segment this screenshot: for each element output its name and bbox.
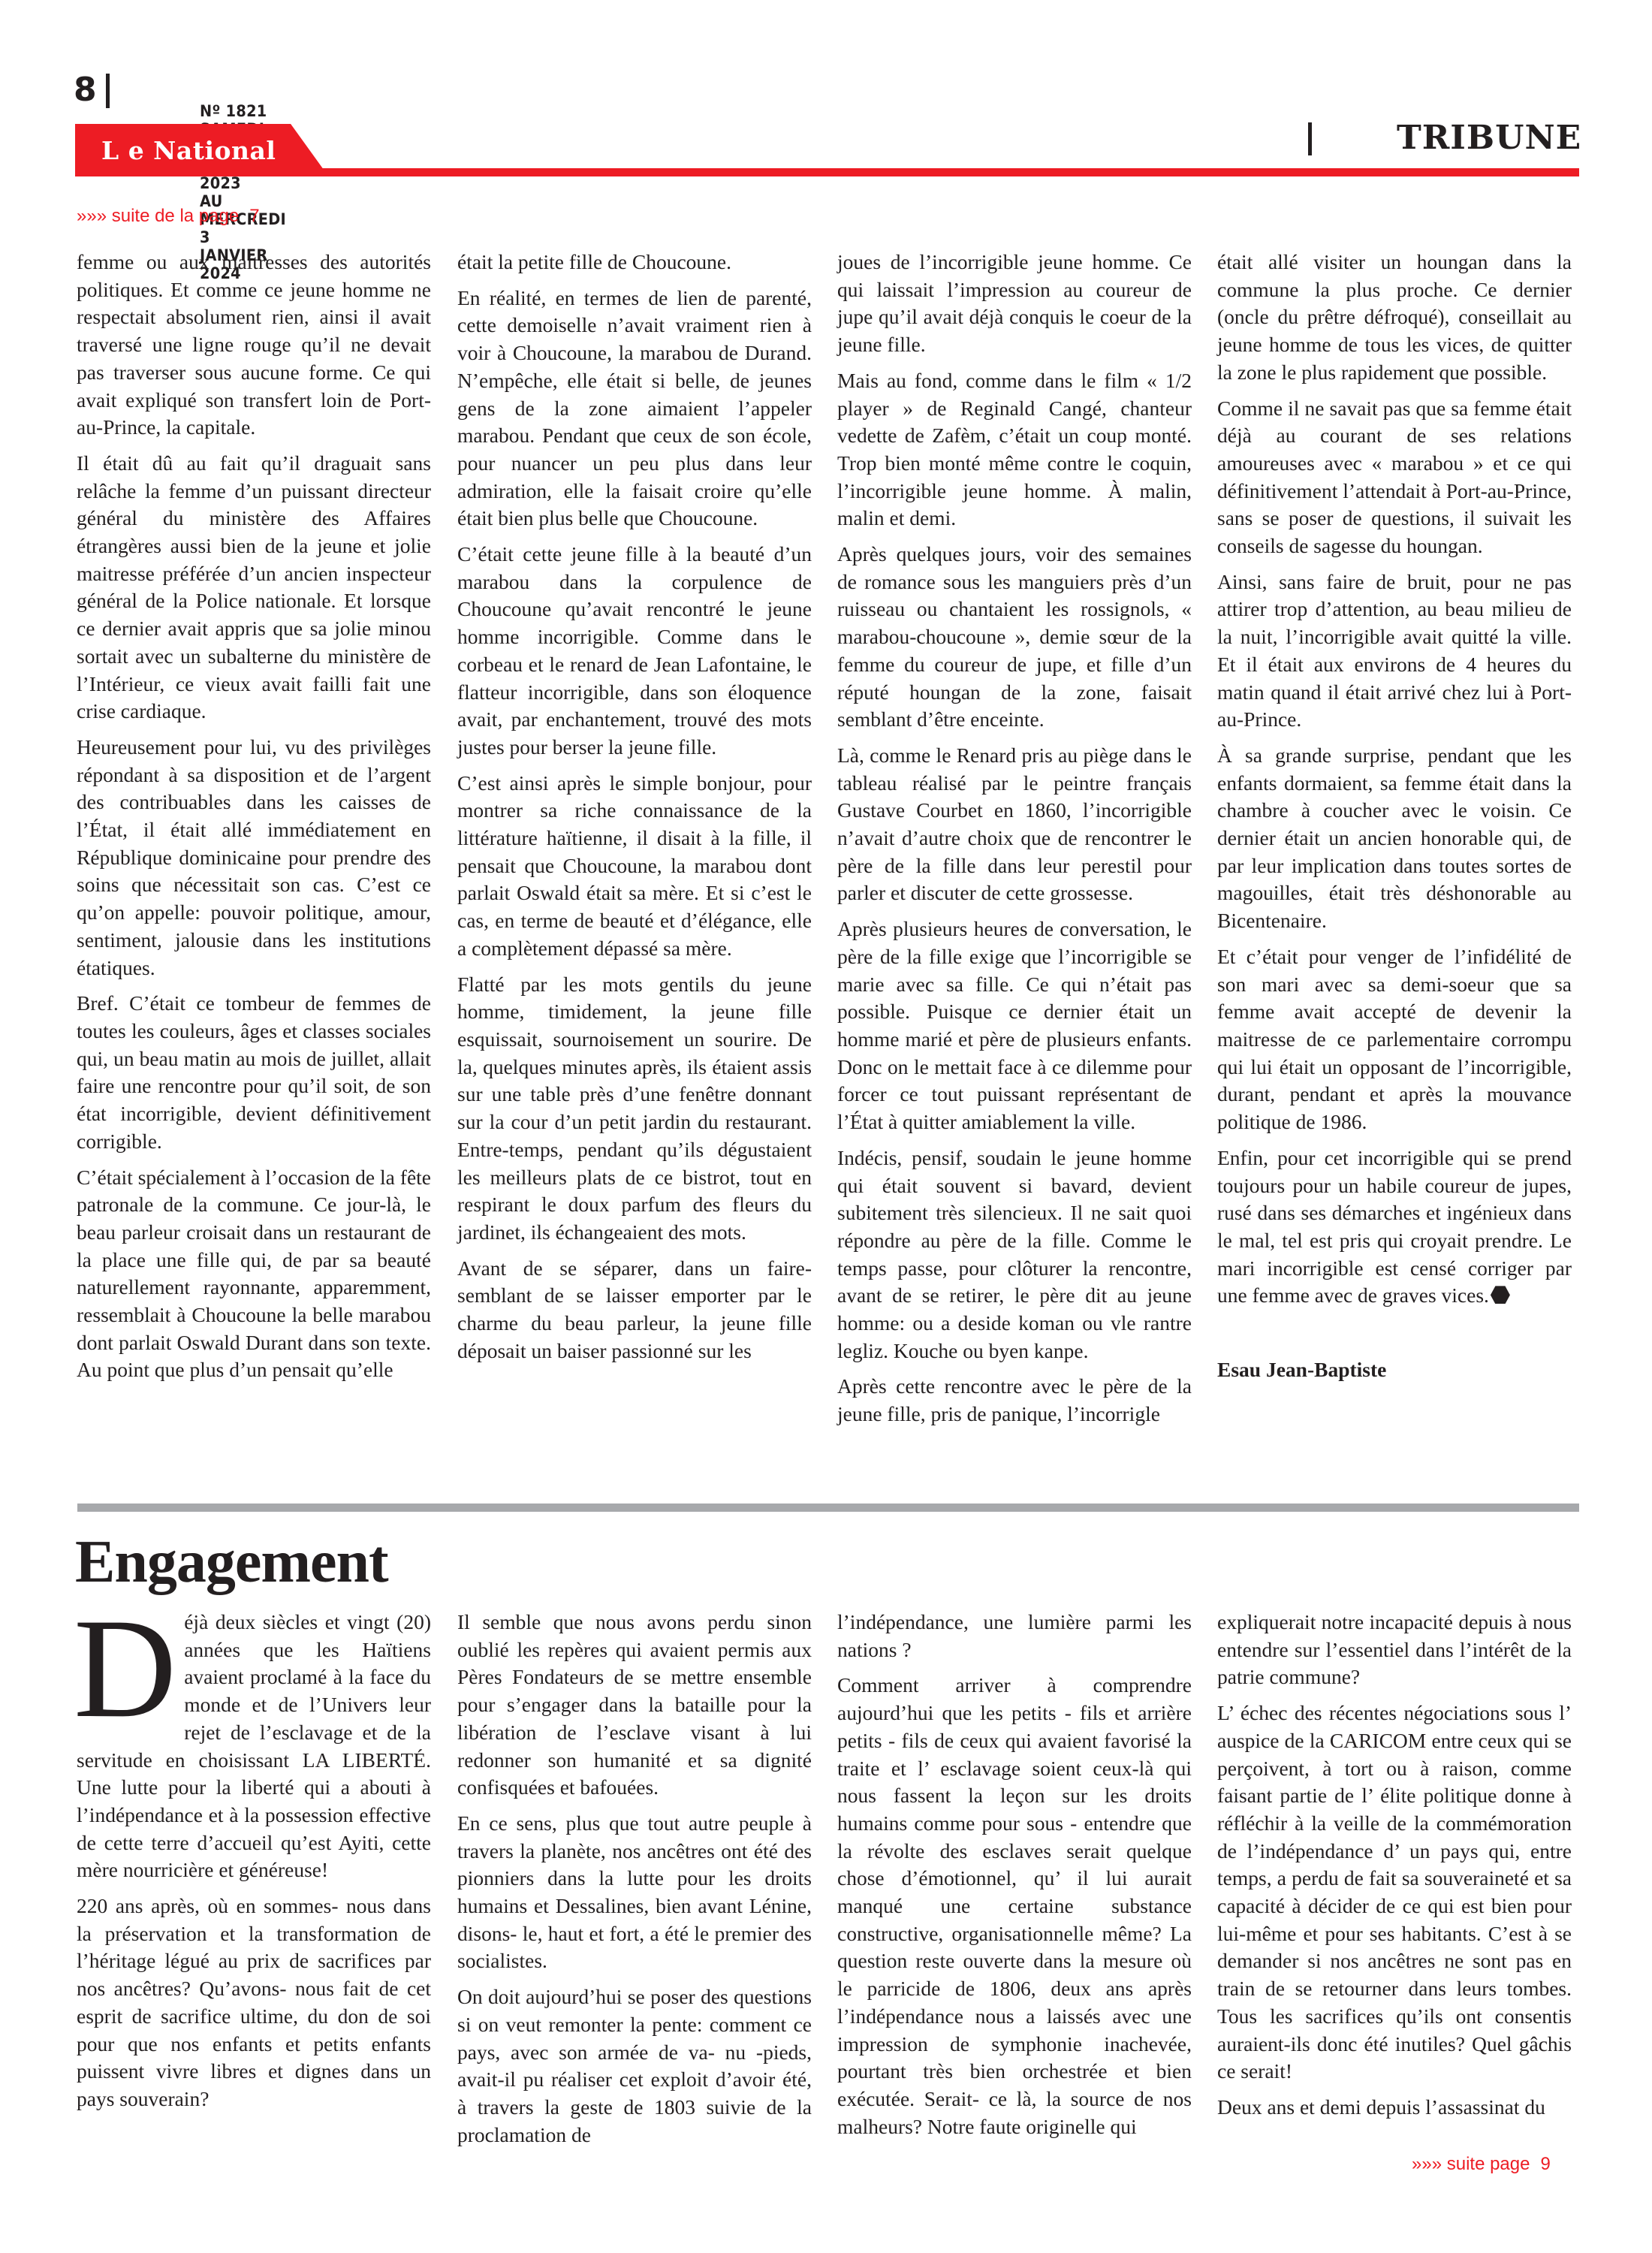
section-title: TRIBUNE — [1397, 119, 1578, 157]
paragraph: En ce sens, plus que tout autre peuple à… — [457, 1810, 812, 1975]
paragraph: On doit aujourd’hui se poser des questio… — [457, 1983, 812, 2149]
newspaper-logo: L e National — [101, 136, 276, 165]
paragraph: En réalité, en termes de lien de parenté… — [457, 285, 812, 532]
continued-from-page: 7 — [249, 206, 259, 226]
paragraph: Bref. C’était ce tombeur de femmes de to… — [77, 990, 431, 1155]
continuation-arrows-icon: »»» — [1412, 2154, 1442, 2174]
paragraph: C’était cette jeune fille à la beauté d’… — [457, 541, 812, 762]
continued-from-label: suite de la page — [112, 206, 239, 226]
paragraph: Et c’était pour venger de l’infidélité d… — [1217, 943, 1572, 1136]
paragraph: À sa grande surprise, pendant que les en… — [1217, 742, 1572, 935]
paragraph: Deux ans et demi depuis l’assassinat du — [1217, 2094, 1572, 2122]
paragraph: Heureusement pour lui, vu des privilèges… — [77, 734, 431, 982]
paragraph: Là, comme le Renard pris au piège dans l… — [837, 742, 1192, 907]
paragraph: Il semble que nous avons perdu sinon oub… — [457, 1609, 812, 1802]
continued-on-link[interactable]: »»» suite page9 — [1412, 2154, 1551, 2175]
paragraph: femme ou aux maitresses des autorités po… — [77, 249, 431, 442]
paragraph: Il était dû au fait qu’il draguait sans … — [77, 450, 431, 725]
paragraph: Comme il ne savait pas que sa femme étai… — [1217, 395, 1572, 560]
paragraph: Après plusieurs heures de conversation, … — [837, 915, 1192, 1136]
paragraph: Mais au fond, comme dans le film « 1/2 p… — [837, 367, 1192, 532]
section-divider — [1308, 122, 1312, 155]
article-column-2: était la petite fille de Choucoune. En r… — [457, 249, 812, 1373]
page-number-divider — [106, 74, 110, 108]
header-red-rule — [75, 168, 1579, 176]
paragraph: Ainsi, sans faire de bruit, pour ne pas … — [1217, 569, 1572, 734]
issue-number: Nº 1821 — [200, 102, 267, 120]
final-paragraph: Enfin, pour cet incorrigible qui se pren… — [1217, 1145, 1572, 1310]
continued-on-page: 9 — [1540, 2154, 1550, 2174]
paragraph: C’était spécialement à l’occasion de la … — [77, 1164, 431, 1385]
article-column-2: Il semble que nous avons perdu sinon oub… — [457, 1609, 812, 2157]
paragraph: Comment arriver à comprendre aujourd’hui… — [837, 1672, 1192, 2140]
lead-paragraph: Déjà deux siècles et vingt (20) années q… — [77, 1609, 431, 1884]
continuation-arrows-icon: »»» — [77, 206, 107, 226]
article-column-1: Déjà deux siècles et vingt (20) années q… — [77, 1609, 431, 2122]
paragraph: était la petite fille de Choucoune. — [457, 249, 812, 276]
date-day-end: 3 — [200, 228, 210, 246]
paragraph-text: Enfin, pour cet incorrigible qui se pren… — [1217, 1146, 1572, 1307]
paragraph: Flatté par les mots gentils du jeune hom… — [457, 971, 812, 1247]
author-byline: Esau Jean-Baptiste — [1217, 1356, 1572, 1384]
continued-from-link[interactable]: »»» suite de la page7 — [77, 206, 260, 227]
paragraph: Avant de se séparer, dans un faire-sembl… — [457, 1255, 812, 1365]
paragraph: C’est ainsi après le simple bonjour, pou… — [457, 770, 812, 963]
page-number: 8 — [74, 74, 97, 107]
hexagon-end-mark-icon — [1491, 1286, 1510, 1304]
article-column-4: était allé visiter un houngan dans la co… — [1217, 249, 1572, 1392]
article-column-3: joues de l’incorrigible jeune homme. Ce … — [837, 249, 1192, 1437]
paragraph: Après cette rencontre avec le père de la… — [837, 1373, 1192, 1428]
article-column-4: expliquerait notre incapacité depuis à n… — [1217, 1609, 1572, 2130]
article-title: Engagement — [75, 1525, 388, 1600]
article-separator-rule — [77, 1504, 1579, 1512]
continued-on-label: suite page — [1447, 2154, 1530, 2174]
article-column-3: l’indépendance, une lumière parmi les na… — [837, 1609, 1192, 2149]
paragraph: expliquerait notre incapacité depuis à n… — [1217, 1609, 1572, 1691]
paragraph: était allé visiter un houngan dans la co… — [1217, 249, 1572, 387]
paragraph: 220 ans après, où en sommes- nous dans l… — [77, 1893, 431, 2113]
article-column-1: femme ou aux maitresses des autorités po… — [77, 249, 431, 1392]
paragraph: L’ échec des récentes négociations sous … — [1217, 1700, 1572, 2086]
paragraph: Indécis, pensif, soudain le jeune homme … — [837, 1145, 1192, 1365]
paragraph: Après quelques jours, voir des semaines … — [837, 541, 1192, 734]
paragraph: joues de l’incorrigible jeune homme. Ce … — [837, 249, 1192, 359]
date-year-start: 2023 — [200, 174, 241, 192]
paragraph: l’indépendance, une lumière parmi les na… — [837, 1609, 1192, 1663]
drop-cap: D — [74, 1613, 176, 1721]
